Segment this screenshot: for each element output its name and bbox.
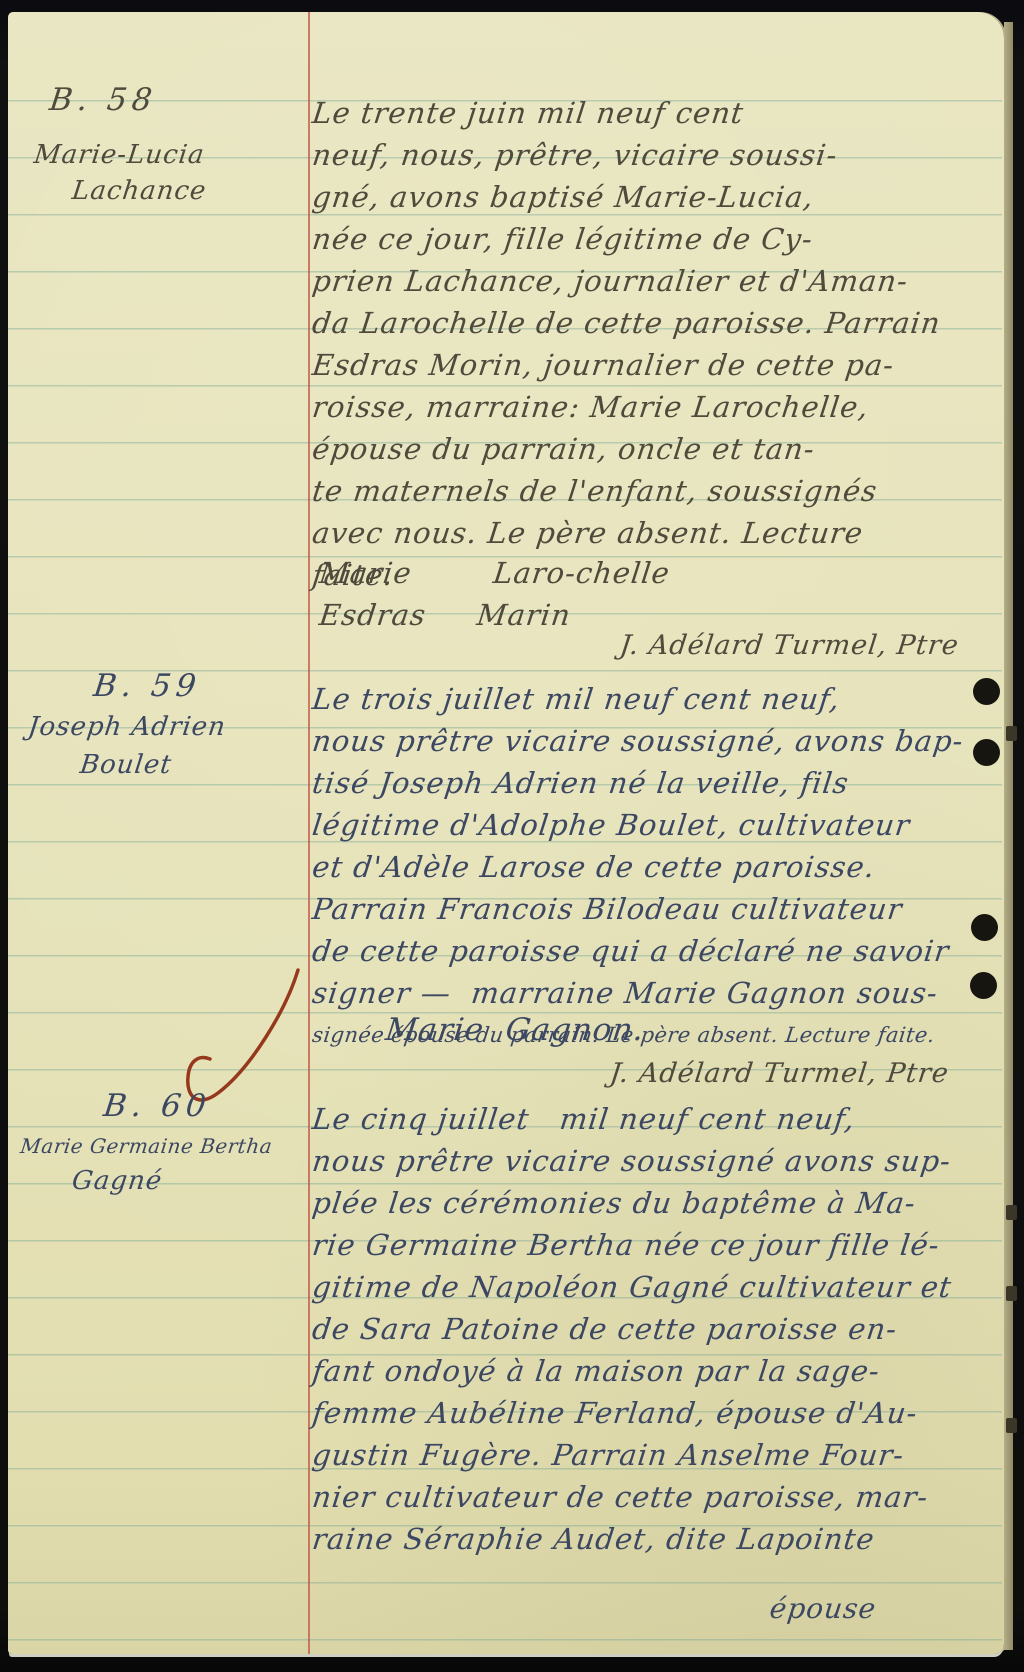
handwritten-line: tisé Joseph Adrien né la veille, fils (310, 762, 1015, 804)
handwritten-line: rie Germaine Bertha née ce jour fille lé… (310, 1224, 1015, 1266)
child-name-line: Marie Germaine Bertha (19, 1134, 274, 1158)
handwritten-line: plée les cérémonies du baptême à Ma- (310, 1182, 1015, 1224)
entry-body-text: Le trois juillet mil neuf cent neuf,nous… (315, 678, 1015, 1056)
entry-body-text: Le trente juin mil neuf centneuf, nous, … (315, 92, 1015, 596)
priest-signature: J. Adélard Turmel, Ptre (618, 630, 961, 661)
entry-number: B. 59 (92, 668, 203, 704)
handwritten-line: Esdras Morin, journalier de cette pa- (310, 344, 1015, 386)
witness-signature: Marie Gagnon. (384, 1012, 647, 1048)
handwritten-line: gitime de Napoléon Gagné cultivateur et (310, 1266, 1015, 1308)
handwritten-line: Le trois juillet mil neuf cent neuf, (310, 678, 1015, 720)
child-name-line: Lachance (70, 176, 208, 206)
entry-number: B. 58 (48, 82, 159, 118)
handwritten-line: te maternels de l'enfant, soussignés (310, 470, 1015, 512)
scanned-register-page: { "page": { "kind": "handwritten parish … (0, 0, 1024, 1672)
handwritten-line: Le trente juin mil neuf cent (310, 92, 1015, 134)
handwritten-line: signer — marraine Marie Gagnon sous- (310, 972, 1015, 1014)
handwritten-line: avec nous. Le père absent. Lecture (310, 512, 1015, 554)
handwritten-line: neuf, nous, prêtre, vicaire soussi- (310, 134, 1015, 176)
handwritten-line: et d'Adèle Larose de cette paroisse. (310, 846, 1015, 888)
handwritten-line: nous prêtre vicaire soussigné avons sup- (310, 1140, 1015, 1182)
handwritten-line: raine Séraphie Audet, dite Lapointe (310, 1518, 1015, 1560)
handwritten-line: épouse du parrain, oncle et tan- (310, 428, 1015, 470)
handwritten-line: Parrain Francois Bilodeau cultivateur (310, 888, 1015, 930)
entry-body-text: Le cinq juillet mil neuf cent neuf,nous … (315, 1098, 1015, 1560)
handwritten-line: nier cultivateur de cette paroisse, mar- (310, 1476, 1015, 1518)
priest-signature: J. Adélard Turmel, Ptre (608, 1058, 951, 1089)
child-name-line: Joseph Adrien (26, 712, 227, 742)
child-name-line: Marie-Lucia (32, 140, 206, 170)
child-name-line: Boulet (78, 750, 173, 780)
witness-signature: Esdras Marin (317, 594, 574, 636)
handwritten-line: Le cinq juillet mil neuf cent neuf, (310, 1098, 1015, 1140)
handwritten-line: nous prêtre vicaire soussigné, avons bap… (310, 720, 1015, 762)
handwritten-line: prien Lachance, journalier et d'Aman- (310, 260, 1015, 302)
handwritten-line: femme Aubéline Ferland, épouse d'Au- (310, 1392, 1015, 1434)
handwritten-line: née ce jour, fille légitime de Cy- (310, 218, 1015, 260)
handwritten-line: gustin Fugère. Parrain Anselme Four- (310, 1434, 1015, 1476)
witness-signature: Marie Laro-chelle (317, 552, 673, 594)
continuation-word: épouse (768, 1592, 878, 1625)
handwritten-line: de cette paroisse qui a déclaré ne savoi… (310, 930, 1015, 972)
handwritten-line: de Sara Patoine de cette paroisse en- (310, 1308, 1015, 1350)
handwritten-line: gné, avons baptisé Marie-Lucia, (310, 176, 1015, 218)
handwritten-line: roisse, marraine: Marie Larochelle, (310, 386, 1015, 428)
handwritten-line: légitime d'Adolphe Boulet, cultivateur (310, 804, 1015, 846)
entry-number: B. 60 (102, 1088, 213, 1124)
child-name-line: Gagné (70, 1166, 164, 1196)
handwritten-line: da Larochelle de cette paroisse. Parrain (310, 302, 1015, 344)
handwritten-line: fant ondoyé à la maison par la sage- (310, 1350, 1015, 1392)
